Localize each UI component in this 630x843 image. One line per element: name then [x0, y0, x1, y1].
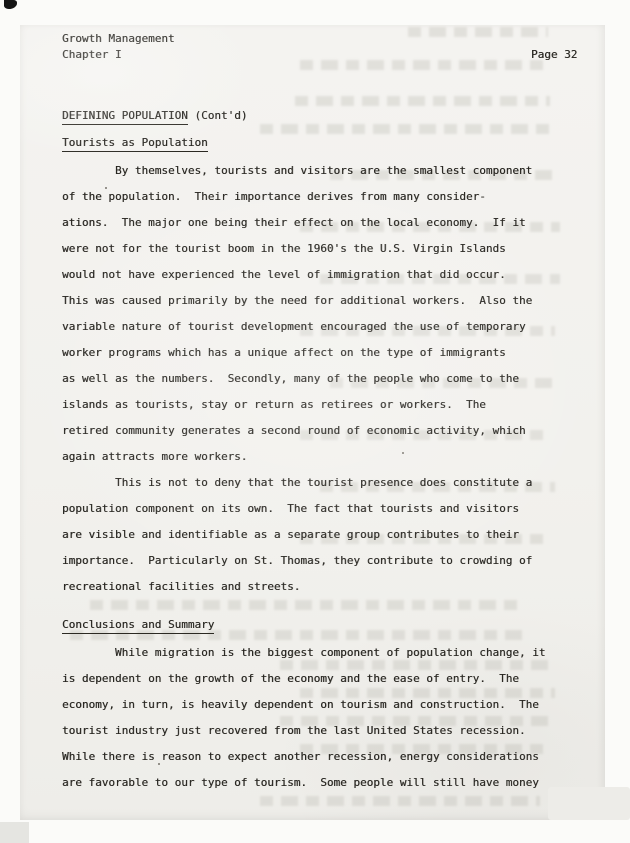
text-line: islands as tourists, stay or return as r…	[62, 392, 532, 418]
chapter-label: Chapter I	[62, 47, 175, 63]
text-line: While there is reason to expect another …	[62, 744, 545, 770]
text-line: population component on its own. The fac…	[62, 496, 532, 522]
text-line: were not for the tourist boom in the 196…	[62, 236, 532, 262]
scanned-document: Growth Management Chapter I Page 32 DEFI…	[0, 0, 630, 843]
text-line: By themselves, tourists and visitors are…	[62, 158, 532, 184]
scan-artifact-bottom-right	[548, 787, 630, 820]
bleedthrough-artifact	[90, 600, 520, 610]
subheading-conclusions-text: Conclusions and Summary	[62, 618, 214, 634]
text-line: retired community generates a second rou…	[62, 418, 532, 444]
bleedthrough-artifact	[295, 96, 550, 106]
text-line: This was caused primarily by the need fo…	[62, 288, 532, 314]
scan-artifact-corner	[4, 0, 17, 9]
subheading-tourists: Tourists as Population	[62, 130, 208, 156]
text-line: are visible and identifiable as a separa…	[62, 522, 532, 548]
bleedthrough-artifact	[300, 60, 550, 70]
doc-title: Growth Management	[62, 31, 175, 47]
paragraphs-tourists: By themselves, tourists and visitors are…	[62, 158, 532, 600]
text-line: tourist industry just recovered from the…	[62, 718, 545, 744]
text-line: importance. Particularly on St. Thomas, …	[62, 548, 532, 574]
text-line: of the population. Their importance deri…	[62, 184, 532, 210]
subheading-conclusions: Conclusions and Summary	[62, 612, 214, 638]
text-line: variable nature of tourist development e…	[62, 314, 532, 340]
text-line: would not have experienced the level of …	[62, 262, 532, 288]
bleedthrough-artifact	[260, 124, 550, 134]
text-line: are favorable to our type of tourism. So…	[62, 770, 545, 796]
main-heading-underlined: DEFINING POPULATION	[62, 109, 188, 125]
text-line: worker programs which has a unique affec…	[62, 340, 532, 366]
page-header: Growth Management Chapter I	[62, 31, 175, 63]
main-heading: DEFINING POPULATION (Cont'd)	[62, 103, 247, 129]
text-line: While migration is the biggest component…	[62, 640, 545, 666]
text-line: again attracts more workers.	[62, 444, 532, 470]
text-line: recreational facilities and streets.	[62, 574, 532, 600]
text-line: is dependent on the growth of the econom…	[62, 666, 545, 692]
page-number: Page 32	[531, 47, 577, 63]
text-line: ations. The major one being their effect…	[62, 210, 532, 236]
text-line: economy, in turn, is heavily dependent o…	[62, 692, 545, 718]
paragraph-conclusions: While migration is the biggest component…	[62, 640, 545, 796]
bleedthrough-artifact	[408, 27, 548, 37]
text-line: as well as the numbers. Secondly, many o…	[62, 366, 532, 392]
text-line: This is not to deny that the tourist pre…	[62, 470, 532, 496]
document-page: Growth Management Chapter I Page 32 DEFI…	[20, 25, 605, 820]
bleedthrough-artifact	[260, 796, 540, 806]
subheading-tourists-text: Tourists as Population	[62, 136, 208, 152]
main-heading-suffix: (Cont'd)	[188, 109, 248, 122]
scan-artifact-bottom-left	[0, 822, 29, 843]
